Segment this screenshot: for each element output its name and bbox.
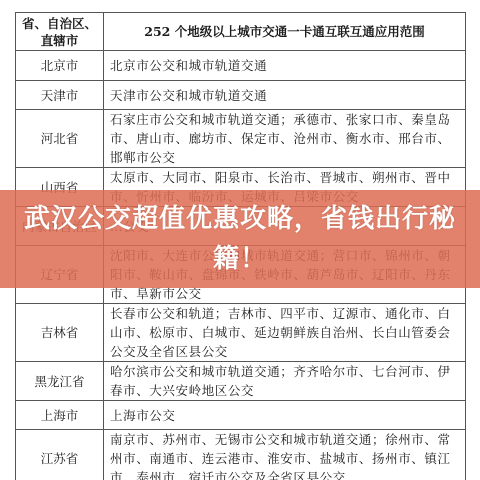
region-cell: 天津市 [16, 81, 104, 110]
header-region: 省、自治区、直辖市 [16, 13, 104, 51]
banner-title: 武汉公交超值优惠攻略，省钱出行秘籍！ [20, 199, 460, 279]
scope-cell: 北京市公交和城市轨道交通 [104, 51, 466, 81]
header-scope: 252 个地级以上城市交通一卡通互联互通应用范围 [104, 13, 466, 51]
title-banner-overlay: 武汉公交超值优惠攻略，省钱出行秘籍！ [0, 190, 480, 288]
scope-cell: 哈尔滨市公交和城市轨道交通；齐齐哈尔市、七台河市、伊春市、大兴安岭地区公交 [104, 362, 466, 401]
scope-cell: 石家庄市公交和城市轨道交通；承德市、张家口市、秦皇岛市、唐山市、廊坊市、保定市、… [104, 110, 466, 168]
region-cell: 江苏省 [16, 430, 104, 480]
table-row: 吉林省 长春市公交和轨道；吉林市、四平市、辽源市、通化市、白山市、松原市、白城市… [16, 304, 466, 362]
region-cell: 吉林省 [16, 304, 104, 362]
region-cell: 河北省 [16, 110, 104, 168]
table-header-row: 省、自治区、直辖市 252 个地级以上城市交通一卡通互联互通应用范围 [16, 13, 466, 51]
table-row: 黑龙江省 哈尔滨市公交和城市轨道交通；齐齐哈尔市、七台河市、伊春市、大兴安岭地区… [16, 362, 466, 401]
region-cell: 上海市 [16, 401, 104, 430]
scope-cell: 长春市公交和轨道；吉林市、四平市、辽源市、通化市、白山市、松原市、白城市、延边朝… [104, 304, 466, 362]
scope-cell: 上海市公交 [104, 401, 466, 430]
table-row: 北京市 北京市公交和城市轨道交通 [16, 51, 466, 81]
region-cell: 北京市 [16, 51, 104, 81]
table-row: 天津市 天津市公交和城市轨道交通 [16, 81, 466, 110]
region-cell: 黑龙江省 [16, 362, 104, 401]
table-row: 上海市 上海市公交 [16, 401, 466, 430]
scope-cell: 天津市公交和城市轨道交通 [104, 81, 466, 110]
scope-cell: 南京市、苏州市、无锡市公交和城市轨道交通；徐州市、常州市、南通市、连云港市、淮安… [104, 430, 466, 480]
table-row: 河北省 石家庄市公交和城市轨道交通；承德市、张家口市、秦皇岛市、唐山市、廊坊市、… [16, 110, 466, 168]
table-row: 江苏省 南京市、苏州市、无锡市公交和城市轨道交通；徐州市、常州市、南通市、连云港… [16, 430, 466, 480]
